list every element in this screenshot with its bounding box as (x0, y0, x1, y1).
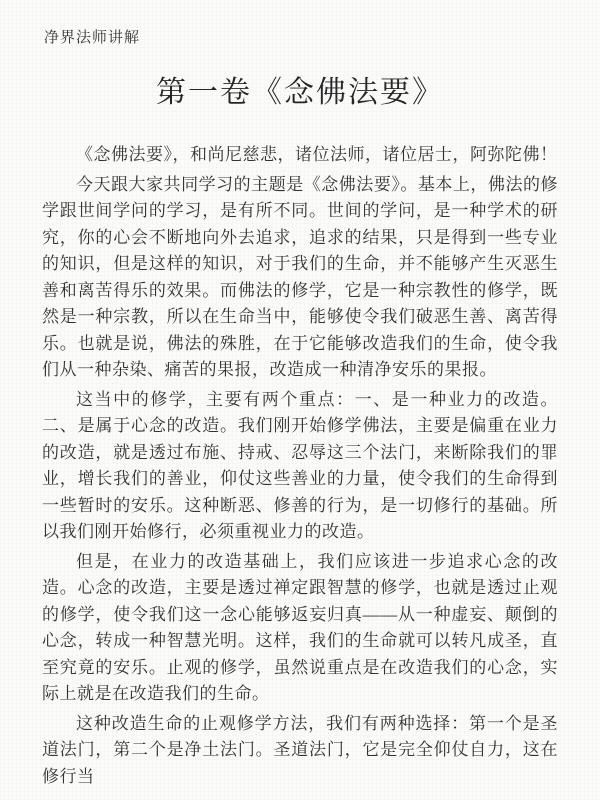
document-body: 《念佛法要》，和尚尼慈悲，诸位法师，诸位居士，阿弥陀佛！ 今天跟大家共同学习的主… (42, 142, 558, 790)
lecturer-byline: 净界法师讲解 (44, 28, 558, 49)
paragraph-greeting: 《念佛法要》，和尚尼慈悲，诸位法师，诸位居士，阿弥陀佛！ (42, 142, 558, 169)
paragraph-intro: 今天跟大家共同学习的主题是《念佛法要》。基本上，佛法的修学跟世间学问的学习，是有… (42, 172, 558, 384)
page-title: 第一卷《念佛法要》 (42, 73, 558, 112)
paragraph-karma-reform: 这当中的修学，主要有两个重点：一、是一种业力的改造。二、是属于心念的改造。我们刚… (42, 387, 558, 546)
paragraph-mind-reform: 但是，在业力的改造基础上，我们应该进一步追求心念的改造。心念的改造，主要是透过禅… (42, 549, 558, 708)
paragraph-two-paths: 这种改造生命的止观修学方法，我们有两种选择：第一个是圣道法门，第二个是净土法门。… (42, 711, 558, 791)
document-page: 净界法师讲解 第一卷《念佛法要》 《念佛法要》，和尚尼慈悲，诸位法师，诸位居士，… (0, 0, 600, 800)
